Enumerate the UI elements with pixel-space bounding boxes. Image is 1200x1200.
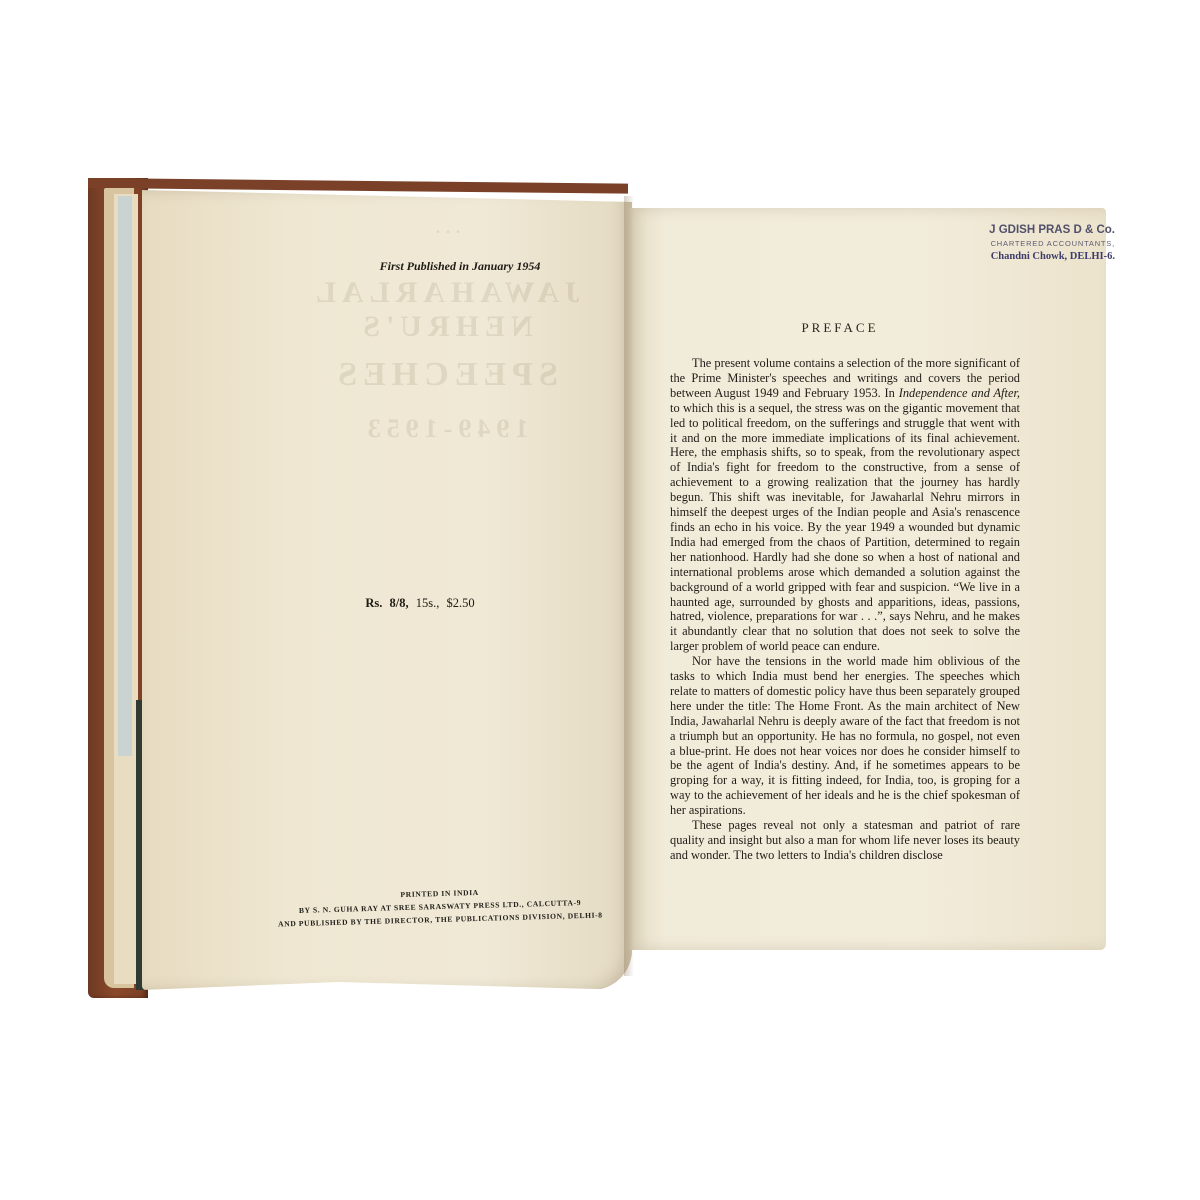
open-book: ... JAWAHARLAL NEHRU'S SPEECHES 1949-195… — [0, 0, 1200, 1200]
endpaper-edge — [118, 196, 132, 756]
preface-paragraph: The present volume contains a selection … — [670, 356, 1020, 654]
show-through-title: ... JAWAHARLAL NEHRU'S SPEECHES 1949-195… — [260, 220, 630, 444]
show-through-top: ... — [260, 220, 630, 238]
stamp-line: Chandni Chowk, DELHI-6. — [975, 250, 1115, 263]
preface-heading: PREFACE — [760, 320, 920, 336]
paragraph-text: to which this is a sequel, the stress wa… — [670, 401, 1020, 654]
show-through-line: SPEECHES — [260, 356, 630, 394]
preface-paragraph: These pages reveal not only a statesman … — [670, 818, 1020, 863]
preface-paragraph: Nor have the tensions in the world made … — [670, 654, 1020, 818]
first-published-note: First Published in January 1954 — [340, 259, 580, 274]
ownership-stamp: J GDISH PRAS D & Co. CHARTERED ACCOUNTAN… — [975, 224, 1115, 263]
stamp-line: CHARTERED ACCOUNTANTS, — [975, 237, 1115, 250]
book-title-italic: Independence and After, — [899, 386, 1020, 400]
price-shillings: 15s., — [416, 596, 440, 610]
price-rupees: Rs. 8/8, — [365, 596, 408, 610]
show-through-line: JAWAHARLAL NEHRU'S — [260, 276, 630, 344]
show-through-line: 1949-1953 — [260, 414, 630, 444]
preface-body: The present volume contains a selection … — [670, 356, 1020, 863]
stamp-line: J GDISH PRAS D & Co. — [975, 224, 1115, 237]
price-dollars: $2.50 — [447, 596, 475, 610]
price-line: Rs. 8/8, 15s., $2.50 — [340, 596, 500, 611]
